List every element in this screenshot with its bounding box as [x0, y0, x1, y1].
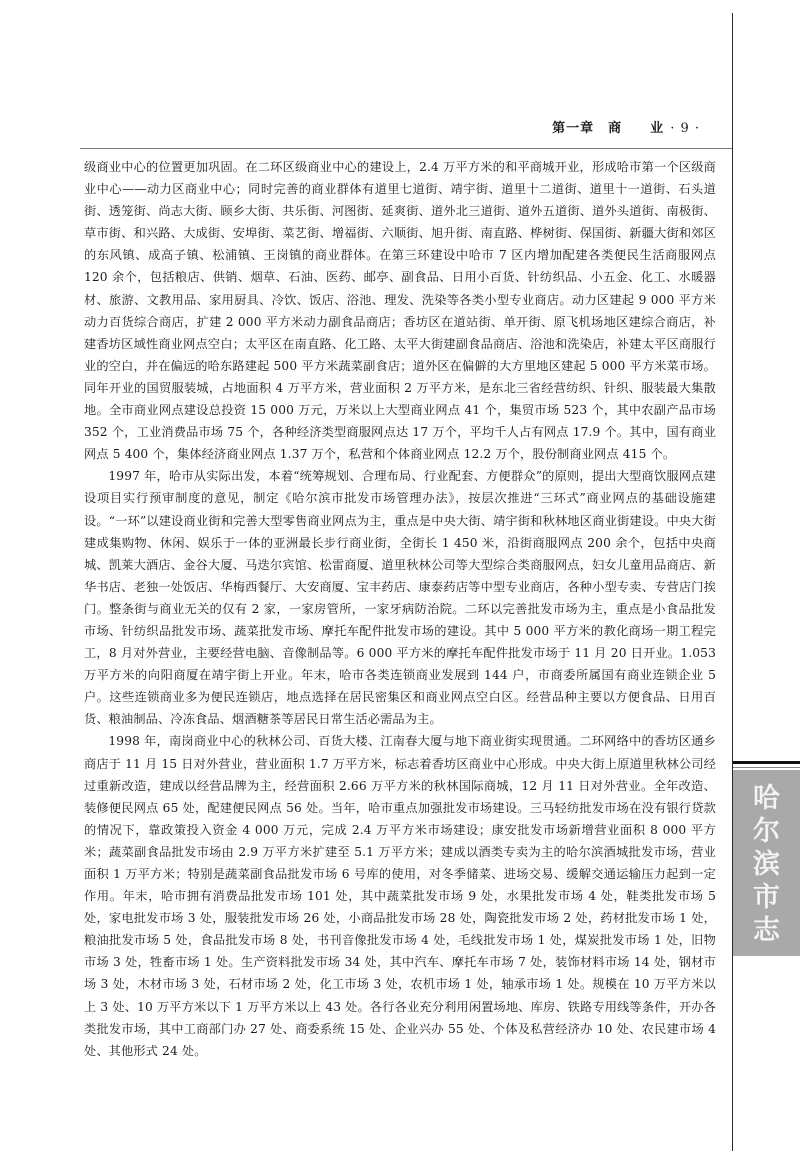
- side-tab-rule: [733, 761, 800, 764]
- side-tab-char: 志: [753, 914, 780, 947]
- side-tab-book-title: 哈 尔 滨 市 志: [733, 770, 800, 956]
- paragraph: 1998 年，南岗商业中心的秋林公司、百货大楼、江南春大厦与地下商业街实现贯通。…: [84, 730, 716, 1061]
- paragraph: 级商业中心的位置更加巩固。在二环区级商业中心的建设上，2.4 万平方米的和平商城…: [84, 156, 716, 465]
- page-number: · 9 ·: [670, 121, 700, 136]
- body-text: 级商业中心的位置更加巩固。在二环区级商业中心的建设上，2.4 万平方米的和平商城…: [84, 156, 716, 1062]
- paragraph: 1997 年，哈市从实际出发，本着“统筹规划、合理布局、行业配套、方便群众”的原…: [84, 465, 716, 730]
- side-tab-rule-thin: [733, 767, 800, 768]
- page-edge-line: [732, 13, 733, 1151]
- side-tab-char: 哈: [753, 782, 780, 815]
- chapter-title: 第一章 商 业: [552, 121, 664, 136]
- header-text: 第一章 商 业· 9 ·: [552, 117, 700, 136]
- running-header: 第一章 商 业· 9 ·: [80, 108, 732, 149]
- side-tab-char: 市: [753, 881, 780, 914]
- side-tab-char: 尔: [753, 815, 780, 848]
- side-tab-char: 滨: [753, 848, 780, 881]
